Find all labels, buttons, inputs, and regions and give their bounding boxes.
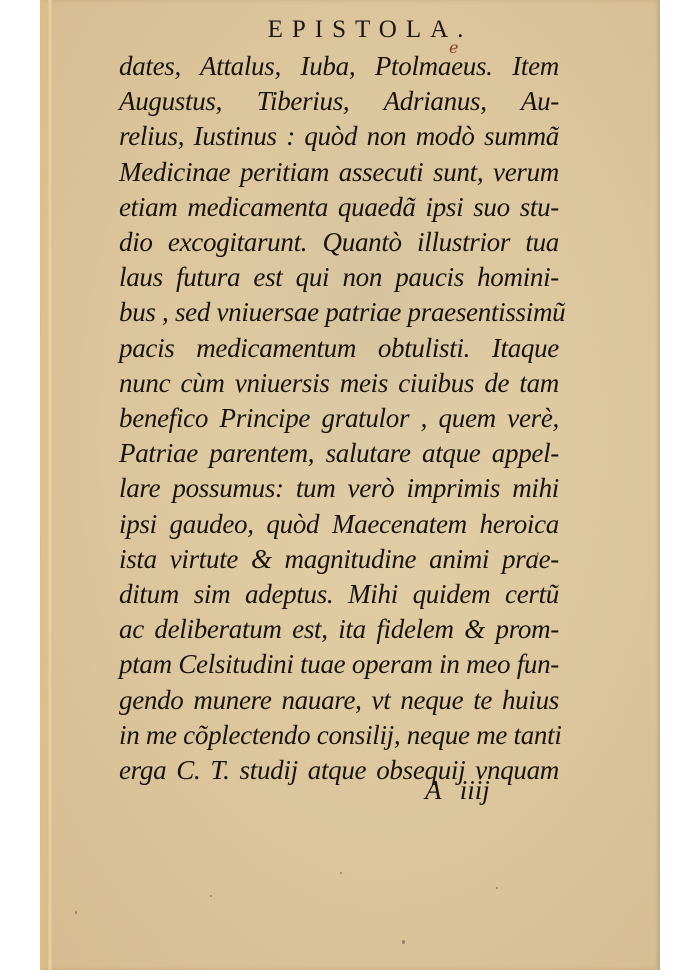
text-line: ditum sim adeptus. Mihi quidem certũ xyxy=(119,577,559,612)
text-line: gendo munere nauare, vt neque te huius xyxy=(119,683,559,718)
text-line: lare possumus: tum verò imprimis mihi xyxy=(119,471,559,506)
signature-mark: A iiij xyxy=(425,775,490,806)
body-text: dates, Attalus, Iuba, Ptolmaeus. Item Au… xyxy=(119,49,559,788)
paper-speck xyxy=(496,887,498,889)
text-line: ac deliberatum est, ita fidelem & prom- xyxy=(119,612,559,647)
text-line: ptam Celsitudini tuae operam in meo fun- xyxy=(119,647,559,682)
text-line: Augustus, Tiberius, Adrianus, Au- xyxy=(119,84,559,119)
running-head: EPISTOLA. xyxy=(40,16,660,44)
text-line: relius, Iustinus : quòd non modò summã xyxy=(119,119,559,154)
text-line: dates, Attalus, Iuba, Ptolmaeus. Item xyxy=(119,49,559,84)
text-line: Medicinae peritiam assecuti sunt, verum xyxy=(119,155,559,190)
text-line: nunc cùm vniuersis meis ciuibus de tam xyxy=(119,366,559,401)
text-line: in me cõplectendo consilij, neque me tan… xyxy=(119,718,559,753)
text-line: etiam medicamenta quaedã ipsi suo stu- xyxy=(119,190,559,225)
text-line: laus futura est qui non paucis homini- xyxy=(119,260,559,295)
text-line: dio excogitarunt. Quantò illustrior tua xyxy=(119,225,559,260)
book-page: EPISTOLA. e dates, Attalus, Iuba, Ptolma… xyxy=(40,0,660,970)
paper-speck xyxy=(75,911,77,914)
text-line: ipsi gaudeo, quòd Maecenatem heroica xyxy=(119,507,559,542)
text-line: Patriae parentem, salutare atque appel- xyxy=(119,436,559,471)
paper-speck xyxy=(210,895,212,897)
text-line: bus , sed vniuersae patriae praesentissi… xyxy=(119,295,559,330)
paper-speck xyxy=(537,552,539,555)
text-line: pacis medicamentum obtulisti. Itaque xyxy=(119,331,559,366)
text-line: ista virtute & magnitudine animi prae- xyxy=(119,542,559,577)
text-line: benefico Principe gratulor , quem verè, xyxy=(119,401,559,436)
paper-speck xyxy=(340,872,342,874)
text-line: erga C. T. studij atque obsequij vnquam xyxy=(119,753,559,788)
paper-speck xyxy=(402,940,405,944)
